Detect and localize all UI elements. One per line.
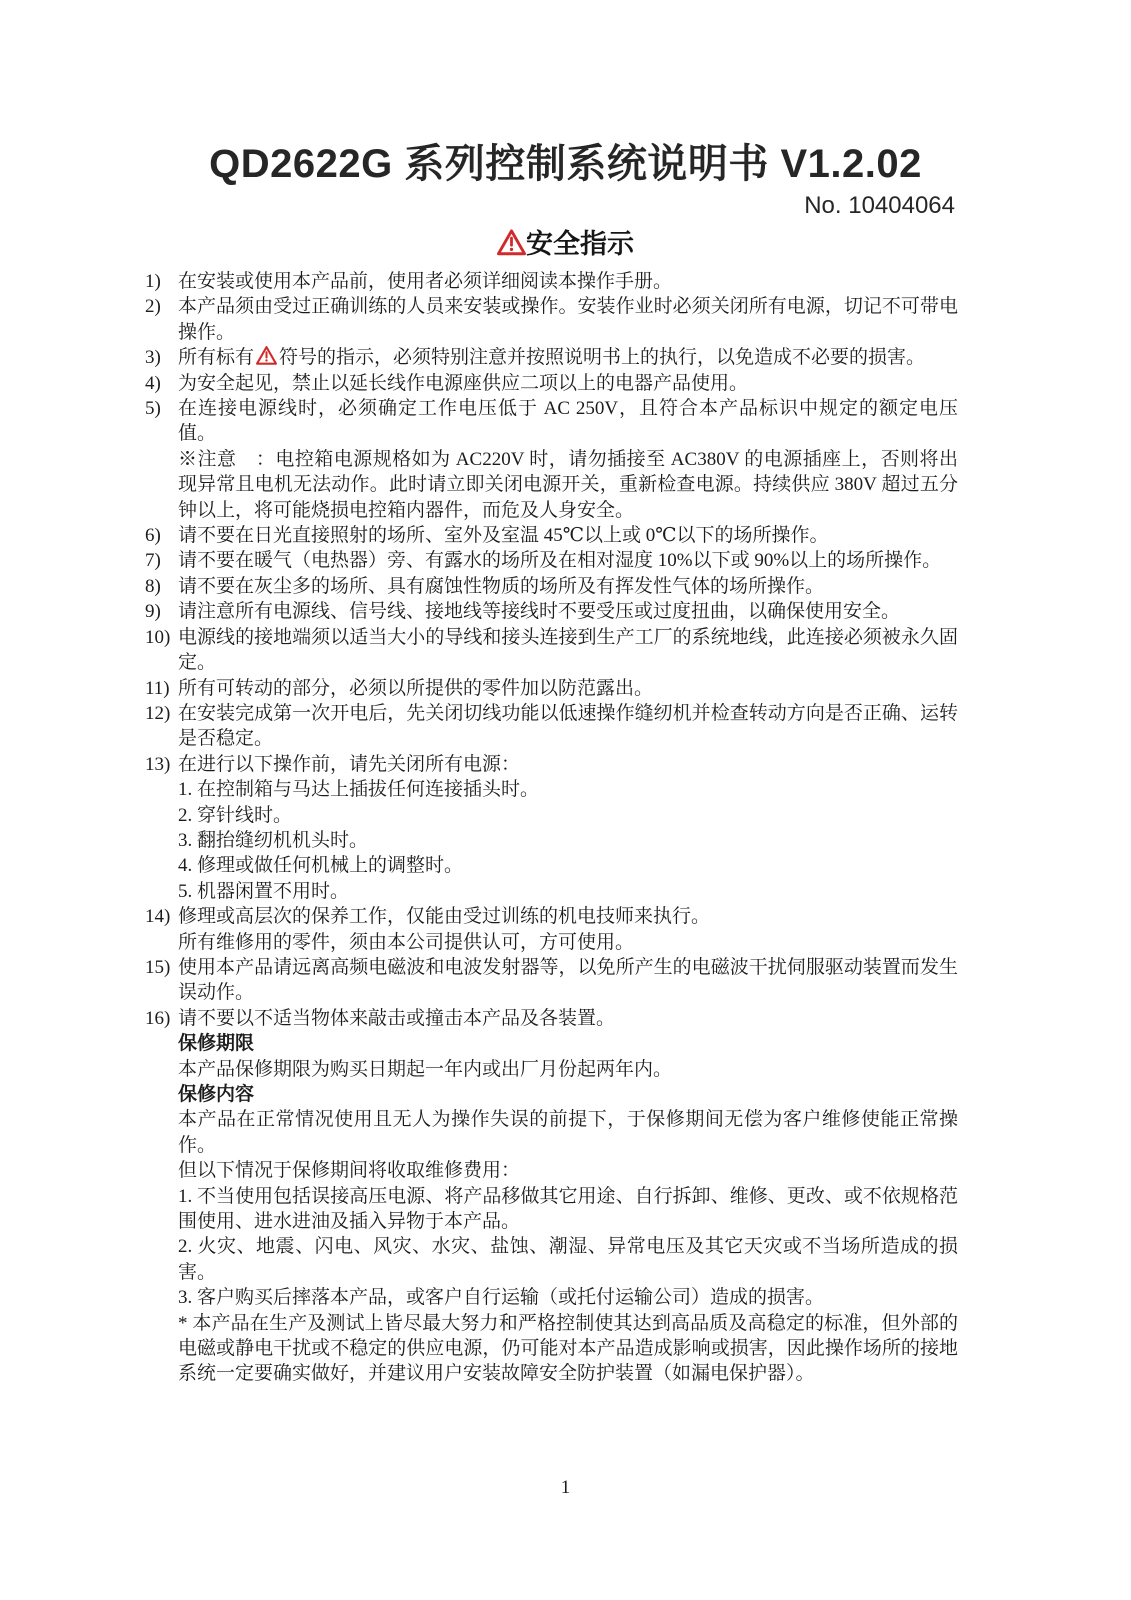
item-text-segment: 符号的指示，必须特别注意并按照说明书上的执行，以免造成不必要的损害。	[279, 347, 925, 368]
item-body: 请不要以不适当物体来敲击或撞击本产品及各装置。	[178, 1006, 958, 1031]
warranty-fee-intro: 但以下情况于保修期间将收取维修费用：	[178, 1158, 958, 1183]
item-text: 在连接电源线时，必须确定工作电压低于 AC 250V，且符合本产品标识中规定的额…	[178, 396, 958, 447]
warranty-section: 保修期限 本产品保修期限为购买日期起一年内或出厂月份起两年内。 保修内容 本产品…	[178, 1031, 958, 1387]
list-item: 11)所有可转动的部分，必须以所提供的零件加以防范露出。	[145, 676, 958, 701]
item-body: 电源线的接地端须以适当大小的导线和接头连接到生产工厂的系统地线，此连接必须被永久…	[178, 625, 958, 676]
item-text: 本产品须由受过正确训练的人员来安装或操作。安装作业时必须关闭所有电源，切记不可带…	[178, 294, 958, 345]
item-text: 请不要在灰尘多的场所、具有腐蚀性物质的场所及有挥发性气体的场所操作。	[178, 574, 958, 599]
item-number: 13)	[145, 752, 170, 777]
list-item: 16)请不要以不适当物体来敲击或撞击本产品及各装置。	[145, 1006, 958, 1031]
item-number: 14)	[145, 904, 170, 929]
fee-item: 3. 客户购买后摔落本产品，或客户自行运输（或托付运输公司）造成的损害。	[178, 1285, 958, 1310]
item-body: 请不要在日光直接照射的场所、室外及室温 45℃以上或 0℃以下的场所操作。	[178, 523, 958, 548]
item-body: 在安装或使用本产品前，使用者必须详细阅读本操作手册。	[178, 269, 958, 294]
item-number: 5)	[145, 396, 161, 421]
item-text: 请不要以不适当物体来敲击或撞击本产品及各装置。	[178, 1006, 958, 1031]
warranty-period-heading: 保修期限	[178, 1031, 958, 1056]
item-subline: 4. 修理或做任何机械上的调整时。	[178, 853, 958, 878]
item-text-segment: 所有标有	[178, 347, 254, 368]
safety-list: 1)在安装或使用本产品前，使用者必须详细阅读本操作手册。2)本产品须由受过正确训…	[145, 269, 958, 1031]
item-body: 请不要在灰尘多的场所、具有腐蚀性物质的场所及有挥发性气体的场所操作。	[178, 574, 958, 599]
page-number: 1	[0, 1477, 1131, 1499]
list-item: 15)使用本产品请远离高频电磁波和电波发射器等，以免所产生的电磁波干扰伺服驱动装…	[145, 955, 958, 1006]
list-item: 3)所有标有符号的指示，必须特别注意并按照说明书上的执行，以免造成不必要的损害。	[145, 345, 958, 370]
item-text: 请不要在暖气（电热器）旁、有露水的场所及在相对湿度 10%以下或 90%以上的场…	[178, 548, 958, 573]
list-item: 4)为安全起见，禁止以延长线作电源座供应二项以上的电器产品使用。	[145, 371, 958, 396]
item-number: 2)	[145, 294, 161, 319]
item-body: 本产品须由受过正确训练的人员来安装或操作。安装作业时必须关闭所有电源，切记不可带…	[178, 294, 958, 345]
item-body: 为安全起见，禁止以延长线作电源座供应二项以上的电器产品使用。	[178, 371, 958, 396]
item-body: 在安装完成第一次开电后，先关闭切线功能以低速操作缝纫机并检查转动方向是否正确、运…	[178, 701, 958, 752]
item-text: 在进行以下操作前，请先关闭所有电源：	[178, 752, 958, 777]
list-item: 5)在连接电源线时，必须确定工作电压低于 AC 250V，且符合本产品标识中规定…	[145, 396, 958, 523]
warranty-content-heading: 保修内容	[178, 1082, 958, 1107]
item-number: 8)	[145, 574, 161, 599]
item-number: 11)	[145, 676, 170, 701]
item-number: 9)	[145, 599, 161, 624]
item-body: 所有可转动的部分，必须以所提供的零件加以防范露出。	[178, 676, 958, 701]
item-subline: 1. 在控制箱与马达上插拔任何连接插头时。	[178, 777, 958, 802]
list-item: 12)在安装完成第一次开电后，先关闭切线功能以低速操作缝纫机并检查转动方向是否正…	[145, 701, 958, 752]
list-item: 8)请不要在灰尘多的场所、具有腐蚀性物质的场所及有挥发性气体的场所操作。	[145, 574, 958, 599]
page-title: QD2622G 系列控制系统说明书 V1.2.02	[0, 0, 1131, 187]
list-item: 10)电源线的接地端须以适当大小的导线和接头连接到生产工厂的系统地线，此连接必须…	[145, 625, 958, 676]
fee-item: 1. 不当使用包括误接高压电源、将产品移做其它用途、自行拆卸、维修、更改、或不依…	[178, 1184, 958, 1235]
item-number: 3)	[145, 345, 161, 370]
item-number: 7)	[145, 548, 161, 573]
item-number: 6)	[145, 523, 161, 548]
item-body: 请注意所有电源线、信号线、接地线等接线时不要受压或过度扭曲，以确保使用安全。	[178, 599, 958, 624]
list-item: 9)请注意所有电源线、信号线、接地线等接线时不要受压或过度扭曲，以确保使用安全。	[145, 599, 958, 624]
item-text: 电源线的接地端须以适当大小的导线和接头连接到生产工厂的系统地线，此连接必须被永久…	[178, 625, 958, 676]
item-body: 在连接电源线时，必须确定工作电压低于 AC 250V，且符合本产品标识中规定的额…	[178, 396, 958, 523]
document-page: QD2622G 系列控制系统说明书 V1.2.02 No. 10404064 安…	[0, 0, 1131, 1600]
fee-list: 1. 不当使用包括误接高压电源、将产品移做其它用途、自行拆卸、维修、更改、或不依…	[178, 1184, 958, 1311]
warranty-content-text: 本产品在正常情况使用且无人为操作失误的前提下，于保修期间无偿为客户维修使能正常操…	[178, 1107, 958, 1158]
list-item: 7)请不要在暖气（电热器）旁、有露水的场所及在相对湿度 10%以下或 90%以上…	[145, 548, 958, 573]
item-text: 在安装或使用本产品前，使用者必须详细阅读本操作手册。	[178, 269, 958, 294]
warranty-period-text: 本产品保修期限为购买日期起一年内或出厂月份起两年内。	[178, 1057, 958, 1082]
item-subline: 2. 穿针线时。	[178, 803, 958, 828]
item-text: 为安全起见，禁止以延长线作电源座供应二项以上的电器产品使用。	[178, 371, 958, 396]
item-number: 4)	[145, 371, 161, 396]
item-subline: 5. 机器闲置不用时。	[178, 879, 958, 904]
warning-triangle-icon	[497, 229, 526, 259]
item-text: 在安装完成第一次开电后，先关闭切线功能以低速操作缝纫机并检查转动方向是否正确、运…	[178, 701, 958, 752]
list-item: 13)在进行以下操作前，请先关闭所有电源：1. 在控制箱与马达上插拔任何连接插头…	[145, 752, 958, 904]
item-text: 所有可转动的部分，必须以所提供的零件加以防范露出。	[178, 676, 958, 701]
document-number: No. 10404064	[0, 193, 1131, 219]
item-number: 16)	[145, 1006, 170, 1031]
list-item: 1)在安装或使用本产品前，使用者必须详细阅读本操作手册。	[145, 269, 958, 294]
fee-item: 2. 火灾、地震、闪电、风灾、水灾、盐蚀、潮湿、异常电压及其它天灾或不当场所造成…	[178, 1234, 958, 1285]
item-text: 修理或高层次的保养工作，仅能由受过训练的机电技师来执行。	[178, 904, 958, 929]
item-subline: ※注意 ：电控箱电源规格如为 AC220V 时，请勿插接至 AC380V 的电源…	[178, 447, 958, 523]
item-body: 请不要在暖气（电热器）旁、有露水的场所及在相对湿度 10%以下或 90%以上的场…	[178, 548, 958, 573]
list-item: 6)请不要在日光直接照射的场所、室外及室温 45℃以上或 0℃以下的场所操作。	[145, 523, 958, 548]
item-subline: 所有维修用的零件，须由本公司提供认可，方可使用。	[178, 930, 958, 955]
item-text: 请不要在日光直接照射的场所、室外及室温 45℃以上或 0℃以下的场所操作。	[178, 523, 958, 548]
warning-triangle-icon	[254, 347, 279, 368]
safety-instructions: 1)在安装或使用本产品前，使用者必须详细阅读本操作手册。2)本产品须由受过正确训…	[145, 269, 958, 1387]
item-text: 使用本产品请远离高频电磁波和电波发射器等，以免所产生的电磁波干扰伺服驱动装置而发…	[178, 955, 958, 1006]
item-number: 1)	[145, 269, 161, 294]
item-body: 所有标有符号的指示，必须特别注意并按照说明书上的执行，以免造成不必要的损害。	[178, 345, 958, 370]
warranty-footnote: * 本产品在生产及测试上皆尽最大努力和严格控制使其达到高品质及高稳定的标准，但外…	[178, 1311, 958, 1387]
item-body: 修理或高层次的保养工作，仅能由受过训练的机电技师来执行。所有维修用的零件，须由本…	[178, 904, 958, 955]
item-number: 15)	[145, 955, 170, 980]
list-item: 2)本产品须由受过正确训练的人员来安装或操作。安装作业时必须关闭所有电源，切记不…	[145, 294, 958, 345]
item-text: 所有标有符号的指示，必须特别注意并按照说明书上的执行，以免造成不必要的损害。	[178, 345, 958, 370]
item-text: 请注意所有电源线、信号线、接地线等接线时不要受压或过度扭曲，以确保使用安全。	[178, 599, 958, 624]
item-subline: 3. 翻抬缝纫机机头时。	[178, 828, 958, 853]
item-body: 使用本产品请远离高频电磁波和电波发射器等，以免所产生的电磁波干扰伺服驱动装置而发…	[178, 955, 958, 1006]
section-heading: 安全指示	[0, 227, 1131, 261]
section-heading-text: 安全指示	[526, 229, 634, 259]
item-body: 在进行以下操作前，请先关闭所有电源：1. 在控制箱与马达上插拔任何连接插头时。2…	[178, 752, 958, 904]
list-item: 14)修理或高层次的保养工作，仅能由受过训练的机电技师来执行。所有维修用的零件，…	[145, 904, 958, 955]
item-number: 10)	[145, 625, 170, 650]
item-number: 12)	[145, 701, 170, 726]
